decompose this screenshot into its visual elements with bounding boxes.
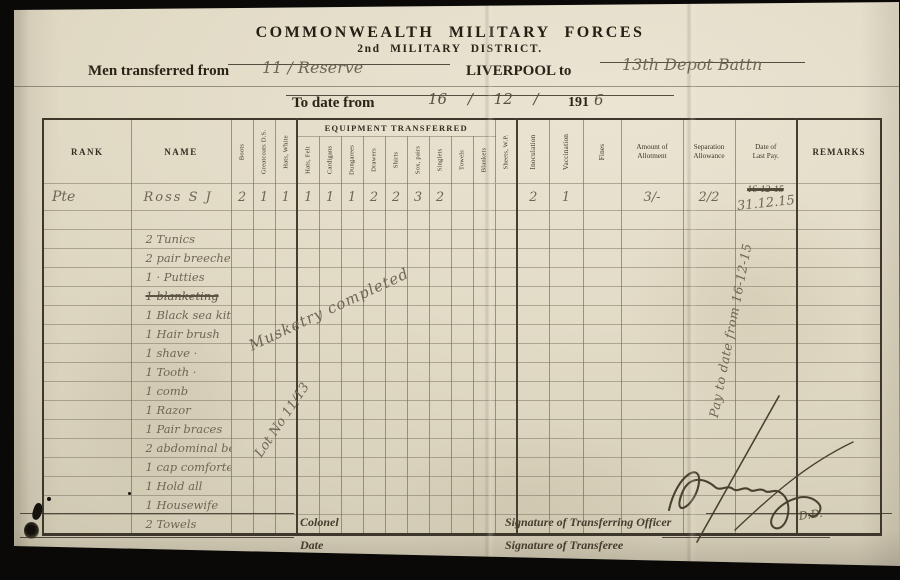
entry-dungarees: 1 bbox=[341, 184, 363, 211]
date-day-month-handwritten: 16 / 12 / bbox=[428, 90, 539, 108]
date-signature-line bbox=[20, 537, 294, 538]
kit-item-text: 1 Hold all bbox=[131, 477, 231, 496]
kit-item-text: 2 abdominal belts bbox=[131, 439, 231, 458]
col-header-towels: Towels bbox=[451, 137, 473, 184]
kit-row: 1 Housewife bbox=[43, 496, 881, 515]
year-handwritten: 6 bbox=[594, 91, 604, 109]
kit-row bbox=[43, 211, 881, 230]
kit-item-text bbox=[131, 211, 231, 230]
col-header-singlets: Singlets bbox=[429, 137, 451, 184]
kit-item-text: 1 Pair braces bbox=[131, 420, 231, 439]
kit-row: 2 pair breeches bbox=[43, 249, 881, 268]
last-pay-revised-date: 31.12.15 bbox=[736, 194, 795, 211]
col-header-boots: Boots bbox=[231, 119, 253, 184]
entry-separation: 2/2 bbox=[683, 184, 735, 211]
kit-row: 1 Tooth · bbox=[43, 363, 881, 382]
kit-item-text: 1 blanketing bbox=[131, 287, 231, 306]
kit-item-text: 2 Tunics bbox=[131, 230, 231, 249]
col-header-hats-white: Hats, White bbox=[275, 119, 297, 184]
ruled-line bbox=[14, 86, 900, 87]
kit-item-text: 2 Towels bbox=[131, 515, 231, 535]
col-header-last-pay: Date of Last Pay. bbox=[735, 119, 797, 184]
col-header-drawers: Drawers bbox=[363, 137, 385, 184]
kit-item-text: 1 · Putties bbox=[131, 268, 231, 287]
kit-item-text: 1 Hair brush bbox=[131, 325, 231, 344]
kit-row: 1 cap comforter bbox=[43, 458, 881, 477]
kit-item-text: 1 Housewife bbox=[131, 496, 231, 515]
from-value-handwritten: 11 / Reserve bbox=[262, 58, 363, 77]
entry-boots: 2 bbox=[231, 184, 253, 211]
kit-item-text: 1 Tooth · bbox=[131, 363, 231, 382]
place-label: LIVERPOOL to bbox=[466, 63, 571, 80]
entry-vaccination: 1 bbox=[549, 184, 583, 211]
entry-towels bbox=[451, 184, 473, 211]
kit-item-text: 1 Black sea kit bag bbox=[131, 306, 231, 325]
col-header-allotment: Amount of Allotment bbox=[621, 119, 683, 184]
col-header-rank: RANK bbox=[43, 119, 131, 184]
col-header-blankets: Blankets bbox=[473, 137, 495, 184]
last-pay-struck-date: 16-12-15 bbox=[747, 185, 785, 195]
kit-row: 2 abdominal belts bbox=[43, 439, 881, 458]
kit-row: 1 · Putties bbox=[43, 268, 881, 287]
col-header-hats-felt: Hats, Felt bbox=[297, 137, 319, 184]
kit-item-text: 1 shave · bbox=[131, 344, 231, 363]
transferee-label: Signature of Transferee bbox=[505, 538, 623, 553]
kit-row: 1 comb bbox=[43, 382, 881, 401]
kit-item-text: 2 pair breeches bbox=[131, 249, 231, 268]
entry-remarks bbox=[797, 184, 881, 211]
kit-row: 2 Tunics bbox=[43, 230, 881, 249]
kit-row: 2 Towels bbox=[43, 515, 881, 535]
col-header-cardigans: Cardigans bbox=[319, 137, 341, 184]
col-header-remarks: REMARKS bbox=[797, 119, 881, 184]
col-header-greatcoats: Greatcoats D.S. bbox=[253, 119, 275, 184]
entry-last-pay: 16-12-15 31.12.15 bbox=[735, 184, 797, 211]
colonel-label: Colonel bbox=[300, 515, 339, 530]
entry-fines bbox=[583, 184, 621, 211]
col-header-inoculation: Inoculation bbox=[517, 119, 549, 184]
entry-greatcoats: 1 bbox=[253, 184, 275, 211]
entry-shirts: 2 bbox=[385, 184, 407, 211]
kit-row: 1 shave · bbox=[43, 344, 881, 363]
transfer-form-scan: COMMONWEALTH MILITARY FORCES 2nd MILITAR… bbox=[0, 0, 900, 580]
entry-allotment: 3/- bbox=[621, 184, 683, 211]
col-header-sheets: Sheets, W.P. bbox=[495, 119, 517, 184]
entry-sox: 3 bbox=[407, 184, 429, 211]
col-header-shirts: Shirts bbox=[385, 137, 407, 184]
col-header-dungarees: Dungarees bbox=[341, 137, 363, 184]
transferring-officer-label: Signature of Transferring Officer bbox=[505, 515, 671, 530]
kit-row: 1 Pair braces bbox=[43, 420, 881, 439]
from-label: Men transferred from bbox=[88, 63, 229, 80]
entry-hats-felt: 1 bbox=[297, 184, 319, 211]
paper-sheet: COMMONWEALTH MILITARY FORCES 2nd MILITAR… bbox=[0, 0, 900, 580]
date-from-label: To date from bbox=[292, 95, 375, 112]
col-header-separation: Separation Allowance bbox=[683, 119, 735, 184]
kit-item-text: 1 cap comforter bbox=[131, 458, 231, 477]
equipment-group-header: EQUIPMENT TRANSFERRED bbox=[297, 119, 495, 137]
transferring-officer-line bbox=[706, 513, 892, 514]
col-header-vaccination: Vaccination bbox=[549, 119, 583, 184]
col-header-sox: Sox, pairs bbox=[407, 137, 429, 184]
date-label: Date bbox=[300, 538, 323, 553]
colonel-signature-line bbox=[20, 513, 294, 514]
entry-singlets: 2 bbox=[429, 184, 451, 211]
kit-row: 1 Hold all bbox=[43, 477, 881, 496]
kit-row: 1 Razor bbox=[43, 401, 881, 420]
entry-rank: Pte bbox=[44, 189, 75, 205]
col-header-name: NAME bbox=[131, 119, 231, 184]
entry-hats-white: 1 bbox=[275, 184, 297, 211]
kit-row: 1 Hair brush bbox=[43, 325, 881, 344]
table-row: Pte Ross S J 2 1 1 1 1 1 2 2 3 2 2 1 bbox=[43, 184, 881, 211]
kit-item-text: 1 comb bbox=[131, 382, 231, 401]
entry-sheets bbox=[495, 184, 517, 211]
entry-inoculation: 2 bbox=[517, 184, 549, 211]
entry-blankets bbox=[473, 184, 495, 211]
form-title: COMMONWEALTH MILITARY FORCES bbox=[0, 24, 900, 42]
entry-cardigans: 1 bbox=[319, 184, 341, 211]
equipment-table: RANK NAME Boots Greatcoats D.S. Hats, Wh… bbox=[42, 118, 882, 536]
kit-item-text: 1 Razor bbox=[131, 401, 231, 420]
year-printed: 191 bbox=[568, 95, 589, 111]
to-value-handwritten: 13th Depot Battn bbox=[622, 55, 762, 74]
col-header-fines: Fines bbox=[583, 119, 621, 184]
kit-row: 1 blanketing bbox=[43, 287, 881, 306]
form-subtitle: 2nd MILITARY DISTRICT. bbox=[0, 43, 900, 55]
transferee-line bbox=[662, 537, 830, 538]
entry-name: Ross S J bbox=[132, 190, 213, 205]
entry-drawers: 2 bbox=[363, 184, 385, 211]
kit-row: 1 Black sea kit bag bbox=[43, 306, 881, 325]
